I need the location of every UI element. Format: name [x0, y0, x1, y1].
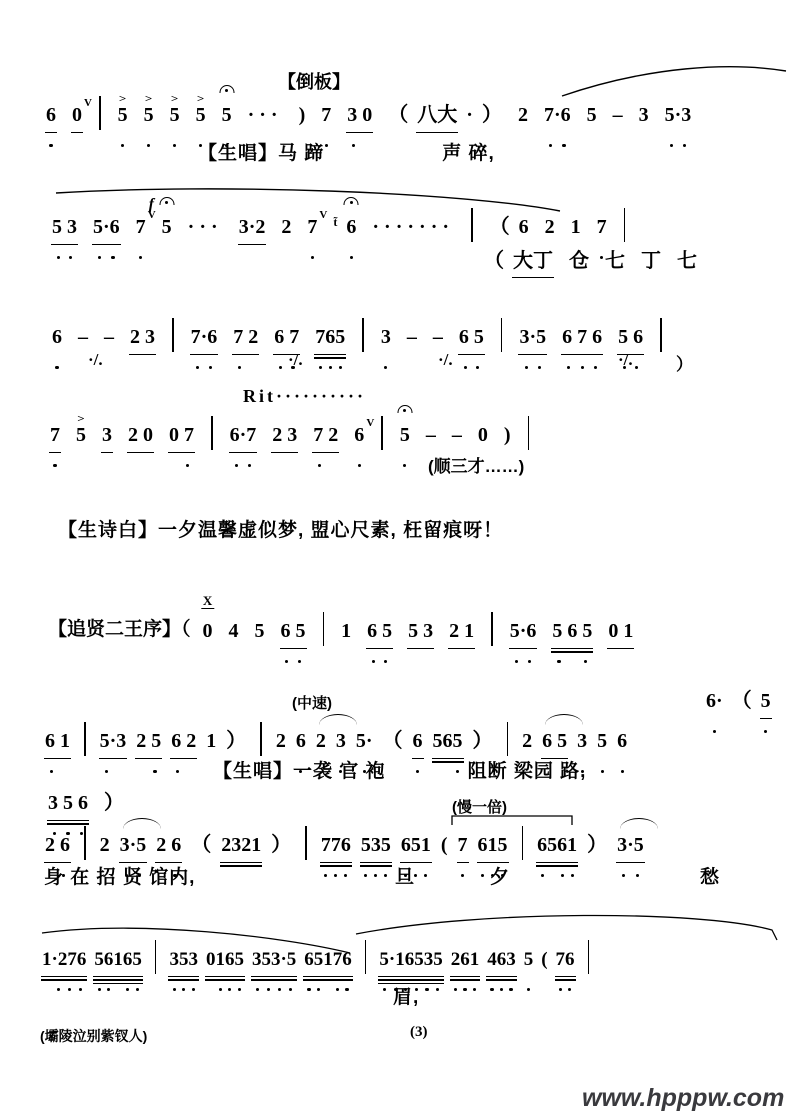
notation-line-1: 60V5>5>5>5>5···)73 0（八大·）27·65–35·3 — [38, 96, 699, 124]
lyric-segment: 夕 — [490, 862, 510, 889]
notation-line-4: 75>32 00 76·72 37 26V5––0) — [42, 416, 538, 444]
lyrics-line-1: 【生唱】马 蹄声 碎, — [198, 138, 495, 165]
notation-line-6: 6 15·32 56 21）26235·（6565）26 5356 — [40, 722, 632, 750]
daoban-label: 【倒板】 — [278, 68, 350, 94]
repeat-mark: ·/. — [288, 350, 303, 370]
lyrics-line-6: 【生唱】一袭 官 袍阻断 梁园 路, — [213, 756, 586, 783]
repeat-mark: ·/. — [88, 350, 103, 370]
lyric-segment: 【生唱】一袭 官 袍 — [213, 761, 386, 782]
page-number: (3) — [410, 1024, 428, 1041]
section-title: 【追贤二王序】（ — [48, 619, 191, 640]
notation-line-5-notes: 0X456 516 55 32 15·65 6 50 1 — [195, 624, 642, 641]
notation-line-5: 【追贤二王序】（0X456 516 55 32 15·65 6 50 1 — [48, 612, 641, 640]
lyric-segment: 【生唱】马 蹄 — [198, 143, 324, 164]
notation-line-3: 6––2 37·67 26 77653––6 53·56 7 65 6 — [44, 318, 671, 346]
tempo-manyibei-label: (慢一倍) — [452, 796, 507, 817]
notation-line-8: 1·276561653530165353·5651765·16535261463… — [38, 940, 598, 968]
notation-line-7-prefix: 3 5 6） — [40, 790, 132, 818]
lyric-segment: 声 碎, — [442, 143, 495, 164]
lyric-segment: 愁 — [700, 862, 720, 889]
lyric-segment: 旦 — [395, 862, 415, 889]
repeat-mark: ·/. — [618, 350, 633, 370]
sheet-music-page: 【倒板】 60V5>5>5>5>5···)73 0（八大·）27·65–35·3… — [0, 0, 790, 1119]
watermark-url: www.hpppw.com — [582, 1084, 784, 1113]
spoken-poem-line: 【生诗白】一夕温馨虚似梦, 盟心尺素, 枉留痕呀！ — [58, 515, 503, 542]
repeat-mark: ·/. — [438, 350, 453, 370]
tempo-zhongsu-label: (中速) — [292, 692, 332, 713]
footer-title: (壩陵泣别紫钗人) — [40, 1026, 147, 1046]
notation-line-6-overflow: 6·（5 — [698, 688, 779, 716]
notation-line-7: 2 623·52 6（2321）776535651(76156561）3·5 — [40, 826, 649, 854]
closing-paren: ） — [676, 350, 693, 375]
lyric-segment: 阻断 梁园 路, — [468, 761, 587, 782]
notation-line-2: 5 35·67V5f···3·227Vt̃6·······（6217 — [44, 208, 634, 236]
lyric-segment: 身 在 招 贤 馆内, — [44, 862, 195, 889]
lyrics-line-8: 眉, — [393, 982, 419, 1009]
percussion-syllables: （大丁仓七丁七 — [476, 248, 705, 276]
percussion-end-label: (顺三才……) — [428, 452, 524, 477]
repeat-marks-row: ·/. ·/. ·/. ·/. ） — [0, 350, 790, 374]
ritardando-label: Rit·········· — [243, 386, 366, 407]
